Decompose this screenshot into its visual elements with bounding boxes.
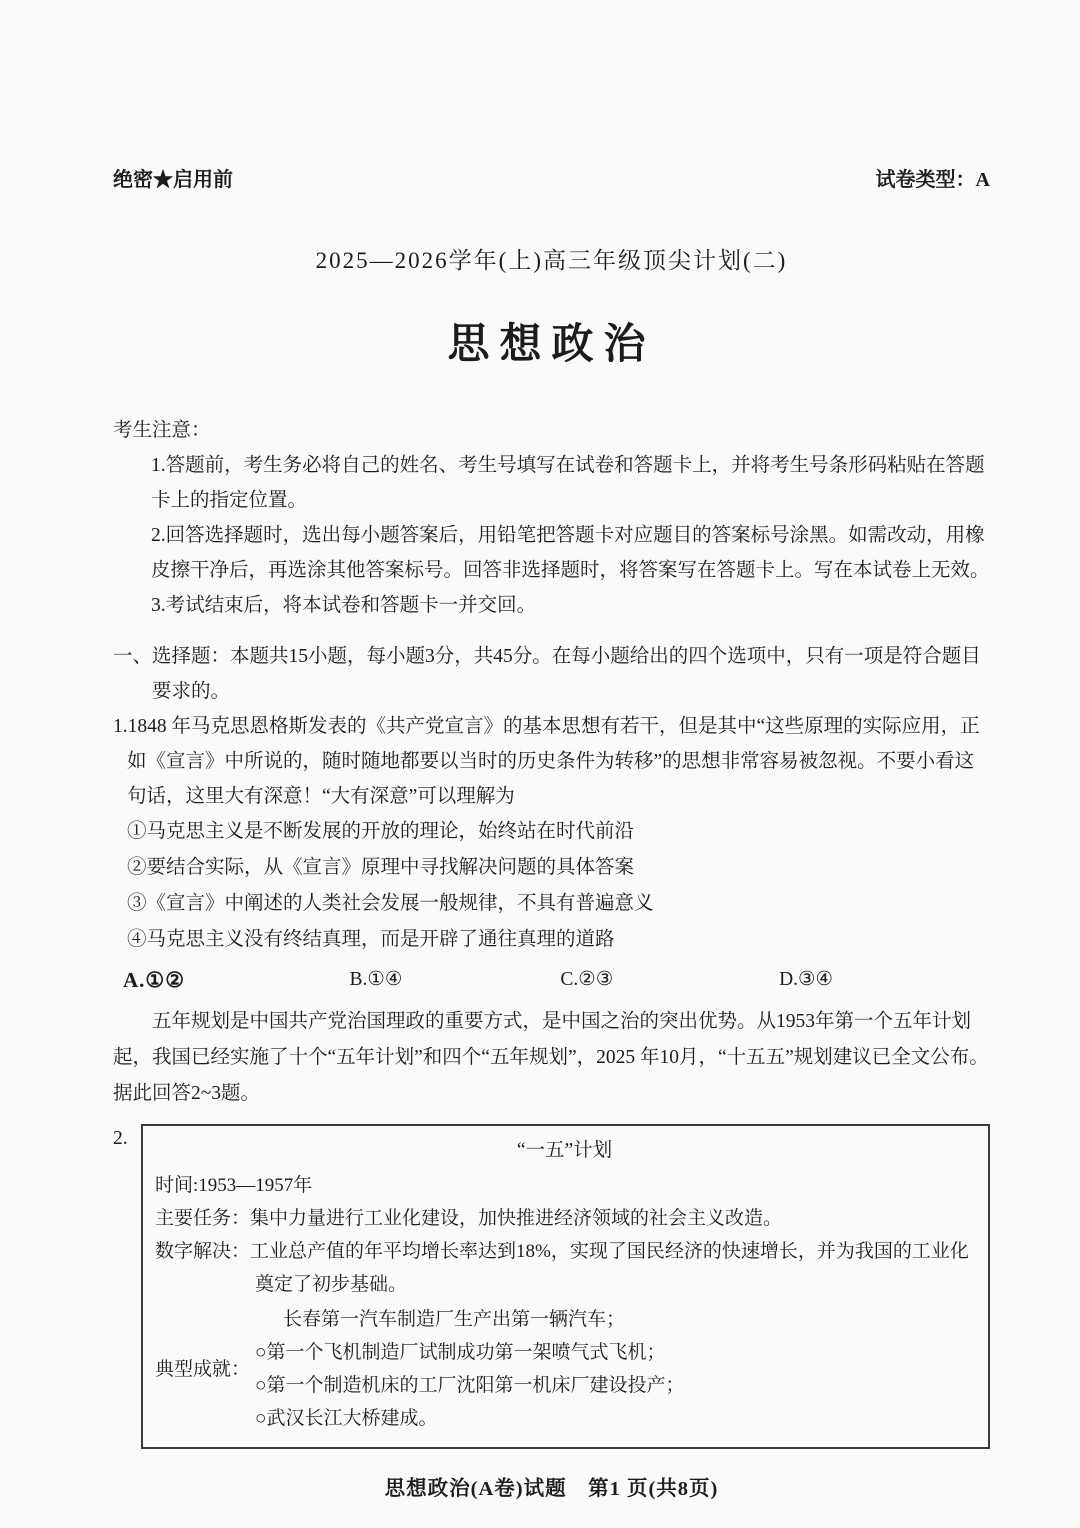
exam-subtitle: 2025—2026学年(上)高三年级顶尖计划(二) bbox=[113, 242, 990, 275]
infobox-title: “一五”计划 bbox=[155, 1134, 974, 1167]
choice-b: B.①④ bbox=[349, 964, 560, 996]
infobox-task: 主要任务：集中力量进行工业化建设，加快推进经济领域的社会主义改造。 bbox=[155, 1202, 974, 1235]
data-text: 工业总产值的年平均增长率达到18%，实现了国民经济的快速增长，并为我国的工业化奠… bbox=[250, 1241, 969, 1295]
choice-c: C.②③ bbox=[560, 964, 779, 996]
statement-4: ④马克思主义没有终结真理，而是开辟了通往真理的道路 bbox=[127, 922, 990, 958]
infobox-achievements: 典型成就： 长春第一汽车制造厂生产出第一辆汽车； ○第一个飞机制造厂试制成功第一… bbox=[155, 1303, 974, 1435]
notice-item: 3.考试结束后，将本试卷和答题卡一并交回。 bbox=[151, 588, 990, 623]
choice-d: D.③④ bbox=[779, 964, 990, 996]
question1-statements: ①马克思主义是不断发展的开放的理论，始终站在时代前沿 ②要结合实际，从《宣言》原… bbox=[127, 814, 990, 958]
candidate-notice: 考生注意： 1.答题前，考生务必将自己的姓名、考生号填写在试卷和答题卡上，并将考… bbox=[113, 413, 990, 623]
statement-2: ②要结合实际，从《宣言》原理中寻找解决问题的具体答案 bbox=[127, 850, 990, 886]
page-content: 绝密★启用前 试卷类型：A 2025—2026学年(上)高三年级顶尖计划(二) … bbox=[113, 0, 990, 1501]
achievement-item: ○第一个飞机制造厂试制成功第一架喷气式飞机； bbox=[255, 1336, 974, 1369]
achievement-item: ○武汉长江大桥建成。 bbox=[255, 1402, 974, 1435]
question2-number: 2. bbox=[113, 1124, 141, 1449]
notice-item: 2.回答选择题时，选出每小题答案后，用铅笔把答题卡对应题目的答案标号涂黑。如需改… bbox=[151, 518, 990, 588]
exam-paper-page: 绝密★启用前 试卷类型：A 2025—2026学年(上)高三年级顶尖计划(二) … bbox=[0, 0, 1080, 1528]
classification-label: 绝密★启用前 bbox=[113, 163, 233, 192]
question2: 2. “一五”计划 时间:1953—1957年 主要任务：集中力量进行工业化建设… bbox=[113, 1124, 990, 1449]
task-label: 主要任务： bbox=[155, 1208, 250, 1229]
achievement-lines: 长春第一汽车制造厂生产出第一辆汽车； ○第一个飞机制造厂试制成功第一架喷气式飞机… bbox=[255, 1303, 974, 1435]
page-footer: 思想政治(A卷)试题 第1 页(共8页) bbox=[113, 1471, 990, 1501]
paper-type-label: 试卷类型：A bbox=[876, 163, 990, 192]
question1-choices: A.①② B.①④ C.②③ D.③④ bbox=[123, 964, 990, 996]
notice-heading: 考生注意： bbox=[113, 413, 990, 448]
data-label: 数字解决： bbox=[155, 1241, 250, 1262]
task-text: 集中力量进行工业化建设，加快推进经济领域的社会主义改造。 bbox=[250, 1208, 782, 1229]
achievement-item: ○第一个制造机床的工厂沈阳第一机床厂建设投产； bbox=[255, 1369, 974, 1402]
section1-heading: 一、选择题：本题共15小题，每小题3分，共45分。在每小题给出的四个选项中，只有… bbox=[113, 639, 990, 709]
infobox-data: 数字解决：工业总产值的年平均增长率达到18%，实现了国民经济的快速增长，并为我国… bbox=[155, 1235, 974, 1301]
notice-items: 1.答题前，考生务必将自己的姓名、考生号填写在试卷和答题卡上，并将考生号条形码粘… bbox=[151, 448, 990, 623]
page-header: 绝密★启用前 试卷类型：A bbox=[113, 0, 990, 192]
first-five-year-plan-box: “一五”计划 时间:1953—1957年 主要任务：集中力量进行工业化建设，加快… bbox=[141, 1124, 990, 1449]
notice-item: 1.答题前，考生务必将自己的姓名、考生号填写在试卷和答题卡上，并将考生号条形码粘… bbox=[151, 448, 990, 518]
choice-a: A.①② bbox=[123, 964, 349, 996]
exam-title: 思想政治 bbox=[113, 311, 990, 371]
question1-stem: 1.1848 年马克思恩格斯发表的《共产党宣言》的基本思想有若干，但是其中“这些… bbox=[113, 709, 990, 814]
infobox-time: 时间:1953—1957年 bbox=[155, 1169, 974, 1202]
passage-q2-q3: 五年规划是中国共产党治国理政的重要方式，是中国之治的突出优势。从1953年第一个… bbox=[113, 1004, 990, 1112]
achievement-item: 长春第一汽车制造厂生产出第一辆汽车； bbox=[255, 1303, 974, 1336]
statement-3: ③《宣言》中阐述的人类社会发展一般规律，不具有普遍意义 bbox=[127, 886, 990, 922]
statement-1: ①马克思主义是不断发展的开放的理论，始终站在时代前沿 bbox=[127, 814, 990, 850]
achievement-label: 典型成就： bbox=[155, 1353, 255, 1386]
